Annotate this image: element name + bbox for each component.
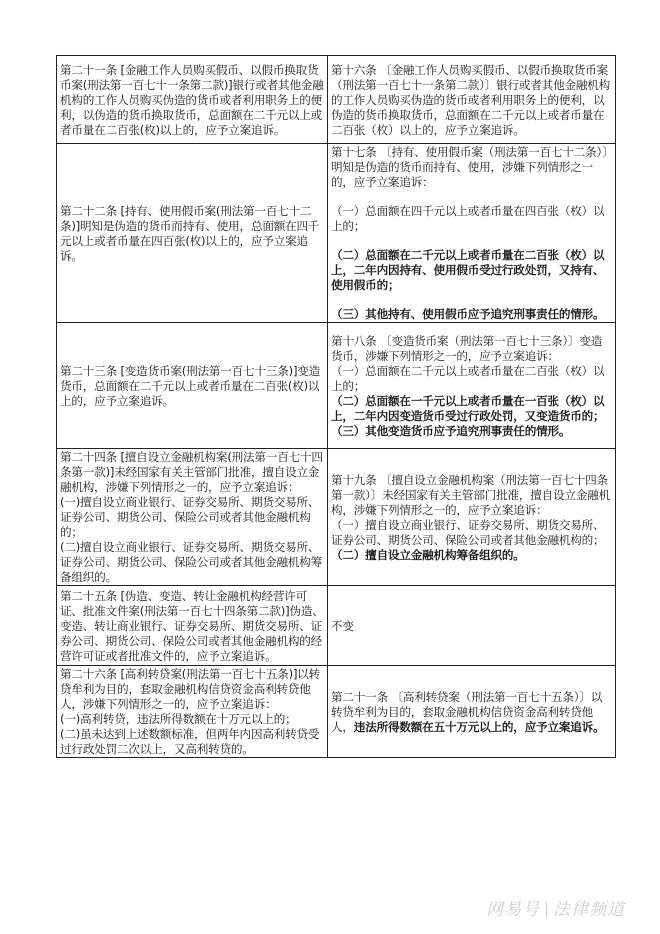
old-provision-cell: 第二十四条 [擅自设立金融机构案(刑法第一百七十四条第一款)]未经国家有关主管部… bbox=[57, 449, 328, 586]
watermark-channel: 法律频道 bbox=[553, 900, 625, 920]
new-provision-cell: 第十六条 〔金融工作人员购买假币、以假币换取货币案（刑法第一百七十一条第二款）〕… bbox=[328, 56, 616, 144]
article-19-item-1: （一）擅自设立商业银行、证券交易所、期货交易所、证券公司、期货公司、保险公司或者… bbox=[331, 518, 613, 548]
law-comparison-table: 第二十一条 [金融工作人员购买假币、以假币换取货币案(刑法第一百七十一条第二款)… bbox=[56, 55, 616, 758]
article-18-item-3: （三）其他变造货币应予追究刑事责任的情形。 bbox=[331, 424, 613, 439]
old-provision-cell: 第二十一条 [金融工作人员购买假币、以假币换取货币案(刑法第一百七十一条第二款)… bbox=[57, 56, 328, 144]
watermark-source: 网易号 bbox=[486, 900, 540, 920]
article-19-item-2: （二）擅自设立金融机构筹备组织的。 bbox=[331, 548, 613, 563]
table-row: 第二十三条 [变造货币案(刑法第一百七十三条)]变造货币，总面额在二千元以上或者… bbox=[57, 323, 616, 449]
article-26-old-item-2: (二)虽未达到上述数额标准，但两年内因高利转贷受过行政处罚二次以上，又高利转贷的… bbox=[60, 727, 325, 757]
article-18-new-intro: 第十八条 〔变造货币案（刑法第一百七十三条）〕变造货币，涉嫌下列情形之一的，应予… bbox=[331, 334, 613, 364]
unchanged-label: 不变 bbox=[331, 619, 613, 634]
new-provision-cell: 第二十一条 〔高利转贷案（刑法第一百七十五条）〕以转贷牟利为目的，套取金融机构信… bbox=[328, 666, 616, 758]
table-row: 第二十一条 [金融工作人员购买假币、以假币换取货币案(刑法第一百七十一条第二款)… bbox=[57, 56, 616, 144]
article-22-old: 第二十二条 [持有、使用假币案(刑法第一百七十二条)]明知是伪造的货币而持有、使… bbox=[60, 204, 325, 264]
article-24-old-item-2: (二)擅自设立商业银行、证券交易所、期货交易所、证券公司、期货公司、保险公司或者… bbox=[60, 540, 325, 585]
watermark: 网易号法律频道 bbox=[486, 895, 625, 920]
new-provision-cell: 第十九条 〔擅自设立金融机构案（刑法第一百七十四条第一款）〕未经国家有关主管部门… bbox=[328, 449, 616, 586]
spacer bbox=[331, 234, 613, 248]
article-16-new: 第十六条 〔金融工作人员购买假币、以假币换取货币案（刑法第一百七十一条第二款）〕… bbox=[331, 63, 613, 138]
old-provision-cell: 第二十三条 [变造货币案(刑法第一百七十三条)]变造货币，总面额在二千元以上或者… bbox=[57, 323, 328, 449]
table-row: 第二十二条 [持有、使用假币案(刑法第一百七十二条)]明知是伪造的货币而持有、使… bbox=[57, 144, 616, 323]
new-provision-cell: 第十七条 〔持有、使用假币案（刑法第一百七十二条）〕明知是伪造的货币而持有、使用… bbox=[328, 144, 616, 323]
new-provision-cell: 第十八条 〔变造货币案（刑法第一百七十三条）〕变造货币，涉嫌下列情形之一的，应予… bbox=[328, 323, 616, 449]
old-provision-cell: 第二十二条 [持有、使用假币案(刑法第一百七十二条)]明知是伪造的货币而持有、使… bbox=[57, 144, 328, 323]
article-26-old-intro: 第二十六条 [高利转贷案(刑法第一百七十五条)]以转贷牟利为目的，套取金融机构信… bbox=[60, 667, 325, 712]
article-23-old: 第二十三条 [变造货币案(刑法第一百七十三条)]变造货币，总面额在二千元以上或者… bbox=[60, 364, 325, 409]
table-row: 第二十五条 [伪造、变造、转让金融机构经营许可证、批准文件案(刑法第一百七十四条… bbox=[57, 586, 616, 666]
article-21-old: 第二十一条 [金融工作人员购买假币、以假币换取货币案(刑法第一百七十一条第二款)… bbox=[60, 63, 325, 138]
article-25-old: 第二十五条 [伪造、变造、转让金融机构经营许可证、批准文件案(刑法第一百七十四条… bbox=[60, 589, 325, 664]
spacer bbox=[331, 293, 613, 307]
watermark-divider bbox=[546, 902, 547, 917]
article-19-new-intro: 第十九条 〔擅自设立金融机构案（刑法第一百七十四条第一款）〕未经国家有关主管部门… bbox=[331, 473, 613, 518]
article-26-old-item-1: (一)高利转贷，违法所得数额在十万元以上的； bbox=[60, 712, 325, 727]
spacer bbox=[331, 190, 613, 204]
article-24-old-item-1: (一)擅自设立商业银行、证券交易所、期货交易所、证券公司、期货公司、保险公司或者… bbox=[60, 495, 325, 540]
table-row: 第二十六条 [高利转贷案(刑法第一百七十五条)]以转贷牟利为目的，套取金融机构信… bbox=[57, 666, 616, 758]
article-17-item-3: （三）其他持有、使用假币应予追究刑事责任的情形。 bbox=[331, 307, 613, 322]
article-18-item-2: （二）总面额在一千元以上或者币量在一百张（枚）以上，二年内因变造货币受过行政处罚… bbox=[331, 394, 613, 424]
article-17-item-2: （二）总面额在二千元以上或者币量在二百张（枚）以上，二年内因持有、使用假币受过行… bbox=[331, 248, 613, 293]
old-provision-cell: 第二十六条 [高利转贷案(刑法第一百七十五条)]以转贷牟利为目的，套取金融机构信… bbox=[57, 666, 328, 758]
article-21-new: 第二十一条 〔高利转贷案（刑法第一百七十五条）〕以转贷牟利为目的，套取金融机构信… bbox=[331, 690, 613, 735]
article-18-item-1: （一）总面额在二千元以上或者币量在二百张（枚）以上的； bbox=[331, 364, 613, 394]
new-provision-cell: 不变 bbox=[328, 586, 616, 666]
article-21-new-bold: 违法所得数额在五十万元以上的，应予立案追诉。 bbox=[354, 720, 605, 734]
article-17-new-intro: 第十七条 〔持有、使用假币案（刑法第一百七十二条）〕明知是伪造的货币而持有、使用… bbox=[331, 145, 613, 190]
table-row: 第二十四条 [擅自设立金融机构案(刑法第一百七十四条第一款)]未经国家有关主管部… bbox=[57, 449, 616, 586]
old-provision-cell: 第二十五条 [伪造、变造、转让金融机构经营许可证、批准文件案(刑法第一百七十四条… bbox=[57, 586, 328, 666]
article-24-old-intro: 第二十四条 [擅自设立金融机构案(刑法第一百七十四条第一款)]未经国家有关主管部… bbox=[60, 450, 325, 495]
article-17-item-1: （一）总面额在四千元以上或者币量在四百张（枚）以上的； bbox=[331, 204, 613, 234]
